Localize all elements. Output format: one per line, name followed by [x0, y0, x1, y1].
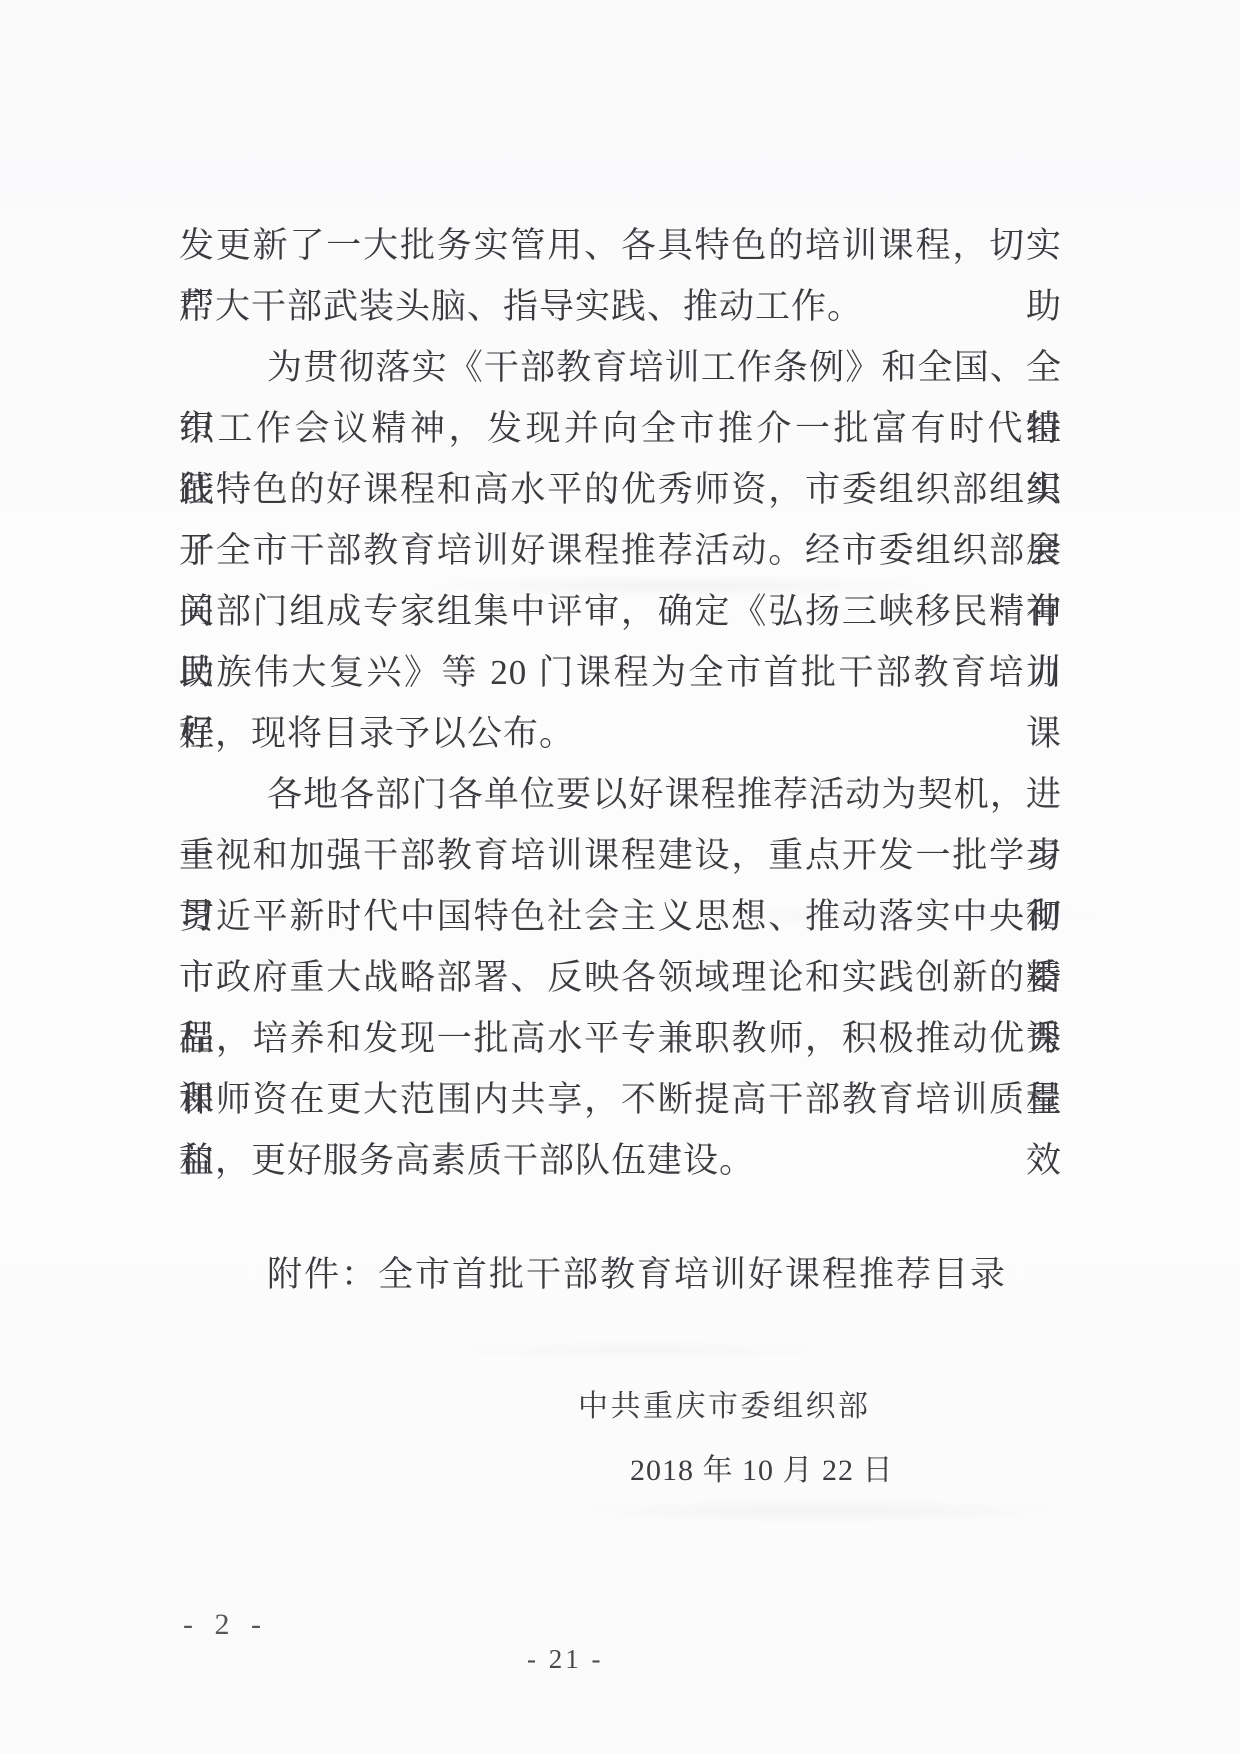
document-page: 发更新了一大批务实管用、各具特色的培训课程，切实帮助 广大干部武装头脑、指导实践…: [0, 0, 1240, 1754]
body-line: 践特色的好课程和高水平的优秀师资，市委组织部组织开展: [179, 459, 1062, 520]
page-number-center: - 21 -: [527, 1644, 603, 1675]
body-line: 关部门组成专家组集中评审，确定《弘扬三峡移民精神助力: [179, 581, 1062, 642]
signature-date: 2018 年 10 月 22 日: [630, 1446, 894, 1496]
body-line: 市政府重大战略部署、反映各领域理论和实践创新的精品课: [179, 947, 1062, 1008]
body-line: 了全市干部教育培训好课程推荐活动。经市委组织部会同有: [179, 520, 1062, 581]
scan-artifact: [430, 1340, 850, 1360]
body-line: 各地各部门各单位要以好课程推荐活动为契机，进一步: [179, 764, 1062, 825]
body-line: 织工作会议精神，发现并向全市推介一批富有时代特征、实: [179, 398, 1062, 459]
body-line: 程，培养和发现一批高水平专兼职教师，积极推动优秀课程: [179, 1008, 1062, 1069]
page-number-left: - 2 -: [183, 1608, 268, 1642]
body-line: 习近平新时代中国特色社会主义思想、推动落实中央和市委: [179, 886, 1062, 947]
scan-artifact: [560, 1498, 1080, 1524]
document-body: 发更新了一大批务实管用、各具特色的培训课程，切实帮助 广大干部武装头脑、指导实践…: [179, 215, 1062, 1191]
body-line: 和师资在更大范围内共享，不断提高干部教育培训质量和效: [179, 1069, 1062, 1130]
body-line: 发更新了一大批务实管用、各具特色的培训课程，切实帮助: [179, 215, 1062, 276]
signature-organization: 中共重庆市委组织部: [578, 1382, 871, 1432]
body-line: 为贯彻落实《干部教育培训工作条例》和全国、全市组: [179, 337, 1062, 398]
body-line: 民族伟大复兴》等 20 门课程为全市首批干部教育培训好课: [179, 642, 1062, 703]
body-line: 重视和加强干部教育培训课程建设，重点开发一批学习贯彻: [179, 825, 1062, 886]
attachment-line: 附件：全市首批干部教育培训好课程推荐目录: [179, 1244, 1062, 1305]
